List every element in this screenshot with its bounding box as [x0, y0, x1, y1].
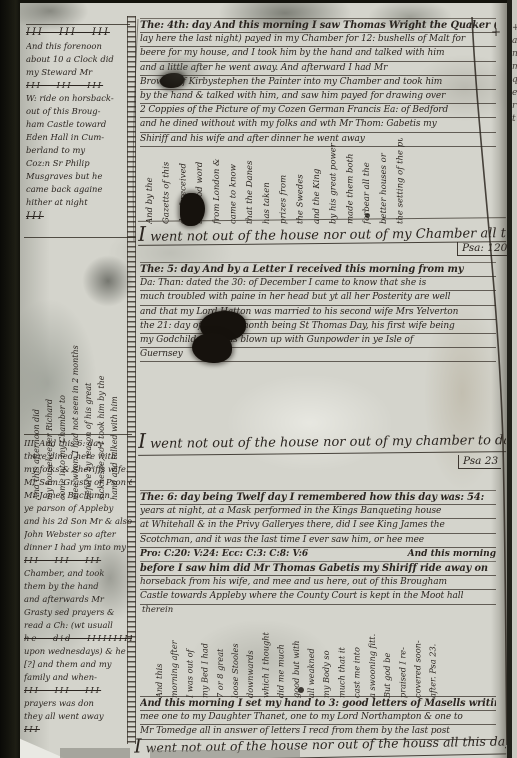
edge-text-fragment: r	[512, 100, 517, 113]
note-line: mee one to my Daughter Thanet, one to my…	[140, 711, 496, 725]
rotated-line: from London &	[209, 138, 226, 224]
entry-line: lay here the last night) payed in my Cha…	[140, 33, 496, 47]
rotated-line: praised I re-	[395, 610, 410, 698]
edge-text-fragment: a	[512, 35, 517, 48]
rotated-line: a swooning fitt.	[365, 610, 380, 698]
edge-text-fragment: n	[512, 48, 517, 61]
rotated-line: forbear all the	[359, 138, 376, 224]
margin-line: there dined here with	[24, 450, 132, 463]
scripture-refs: Pro: C:20: V:24: Ecc: C:3: C:8: V:6	[140, 548, 308, 561]
entry-line: horseback from his wife, and mee and us …	[140, 576, 496, 590]
entry-line: 2 Coppies of the Picture of my Cozen Ger…	[140, 104, 496, 118]
entry-line: years at night, at a Mask performed in t…	[140, 505, 496, 519]
margin-line: III. And this 6: day	[24, 437, 132, 450]
tally-marks: III	[24, 723, 132, 736]
next-page-edge: +anmqert	[512, 0, 517, 758]
rotated-line: and the King	[309, 138, 326, 224]
rotated-line: cast me into	[350, 610, 365, 698]
note-line: And this morning I set my hand to 3: goo…	[140, 697, 496, 711]
entry-line: much troubled with paine in her head but…	[140, 291, 496, 305]
scripture-reference-line: Pro: C:20: V:24: Ecc: C:3: C:8: V:6 And …	[140, 548, 496, 562]
tally-marks: III III III	[24, 684, 132, 697]
rotated-line: downwards	[243, 610, 258, 698]
margin-note-day4: III III III And this forenoonabout 10 a …	[26, 24, 130, 225]
entry-line: at Whitehall & in the Privy Galleryes th…	[140, 519, 496, 533]
rotated-line: which I thought	[258, 610, 273, 698]
rotated-line: morning after	[167, 610, 182, 698]
ruled-line	[24, 237, 136, 238]
rotated-line: the Swedes	[292, 138, 309, 224]
rotated-line: And by the	[142, 138, 159, 224]
ink-speck	[365, 213, 370, 218]
tally-marks: III III III	[26, 79, 130, 92]
stain	[80, 533, 140, 623]
margin-line: Musgraves but he	[26, 170, 130, 183]
entry-day6: The: 6: day being Twelf day I remembered…	[140, 490, 496, 605]
rotated-line: much that it	[334, 610, 349, 698]
edge-text-fragment: +	[512, 22, 517, 35]
rotated-note-stooles: And thismorning afterI was out ofmy Bed …	[152, 610, 442, 698]
rotated-line: after. Psa 23.	[426, 610, 441, 698]
margin-line: about 10 a Clock did	[26, 53, 130, 66]
entry-day6-lines-a: The: 6: day being Twelf day I remembered…	[140, 491, 496, 548]
margin-line: came back againe	[26, 183, 130, 196]
ink-speck	[298, 687, 304, 693]
margin-line: Eden Hall in Cum-	[26, 131, 130, 144]
entry-line: The: 5: day And by a Letter I received t…	[140, 263, 496, 277]
rotated-line: covered soon-	[410, 610, 425, 698]
rotated-line: my Bed I had	[198, 610, 213, 698]
margin-line: Mr James Buchanan	[24, 489, 132, 502]
rotated-line: good but with	[289, 610, 304, 698]
rotated-line: my Body so	[319, 610, 334, 698]
rotated-line: the setting of the publick	[393, 138, 410, 224]
entry-line: and that my Lord Hatton was married to h…	[140, 306, 496, 320]
entry-line: and he dined without with my folks and w…	[140, 118, 496, 132]
rotated-line: I was out of	[182, 610, 197, 698]
margin-note-day4-lines: And this forenoonabout 10 a Clock didmy …	[26, 40, 130, 209]
edge-text-fragment: q	[512, 74, 517, 87]
rotated-line: But god be	[380, 610, 395, 698]
tally-marks: he did IIIIIIIIII	[24, 632, 132, 645]
rotated-line: prizes from	[276, 138, 293, 224]
entry-line: the 21: day of the last month being St T…	[140, 320, 496, 334]
rotated-line: has taken	[259, 138, 276, 224]
entry-line: Castle towards Appleby where the County …	[140, 590, 496, 604]
margin-line: out of this Broug-	[26, 105, 130, 118]
margin-line: prayers was don	[24, 697, 132, 710]
rotated-line: by his great power	[326, 138, 343, 224]
margin-line: family and when-	[24, 671, 132, 684]
rotated-line: better houses or	[376, 138, 393, 224]
tally-marks: III	[26, 209, 130, 225]
entry-line: Scotchman, and it was the last time I ev…	[140, 534, 496, 548]
rotated-line: did me much	[274, 610, 289, 698]
psalm-citation-day4: Psa: 120	[457, 242, 510, 256]
manuscript-photo: III III III And this forenoonabout 10 a …	[0, 0, 517, 758]
margin-line: my Steward Mr	[26, 66, 130, 79]
edge-text-fragment: m	[512, 61, 517, 74]
entry-line: The: 4th: day And this morning I saw Tho…	[140, 19, 496, 33]
margin-line: ye parson of Appleby	[24, 502, 132, 515]
rotated-line: Gazetts of this	[159, 138, 176, 224]
rotated-line: loose Stooles	[228, 610, 243, 698]
edge-text-fragment: e	[512, 87, 517, 100]
diary-page: III III III And this forenoonabout 10 a …	[20, 3, 507, 758]
tally-marks: III III III	[26, 25, 130, 40]
psalm-citation-day5: Psa 23	[458, 455, 501, 469]
margin-line: hither at night	[26, 196, 130, 209]
summary-day5: I went not out of the house nor out of m…	[138, 425, 506, 456]
ink-blot	[192, 333, 232, 363]
margin-note-day6-dinner: III. And this 6: daythere dined here wit…	[24, 434, 132, 489]
margin-line: my folks & Sheriffs wife.	[24, 463, 132, 476]
entry-line: The: 6: day being Twelf day I remembered…	[140, 491, 496, 505]
cross-mark: +	[491, 25, 501, 39]
margin-line: ham Castle toward	[26, 118, 130, 131]
margin-line: And this forenoon	[26, 40, 130, 53]
bottom-edge-artifact	[150, 750, 300, 758]
rotated-line: And this	[152, 610, 167, 698]
margin-line: W: ride on horsback-	[26, 92, 130, 105]
margin-line: Mr Sam: Grasty or Pson &	[24, 476, 132, 489]
entry-line: Da: Than: dated the 30: of December I ca…	[140, 277, 496, 291]
margin-line: and his 2d Son Mr & also	[24, 515, 132, 528]
rotated-line: came to know	[226, 138, 243, 224]
rotated-line: made them both	[342, 138, 359, 224]
margin-line: upon wednesdays) & he	[24, 645, 132, 658]
rotated-line: 7 or 8 great	[213, 610, 228, 698]
scripture-line-right: And this morning	[408, 548, 496, 561]
entry-line: before I saw him did Mr Thomas Gabetis m…	[140, 562, 496, 576]
stain	[82, 255, 134, 307]
edge-text-fragment: t	[512, 113, 517, 126]
bottom-edge-artifact	[60, 748, 130, 758]
stain	[146, 51, 212, 95]
margin-line: [?] and them and my	[24, 658, 132, 671]
rotated-line: all weakned	[304, 610, 319, 698]
margin-line: they all went away	[24, 710, 132, 723]
rotated-line: that the Danes	[242, 138, 259, 224]
margin-line: berland to my	[26, 144, 130, 157]
entry-day6-lines-b: before I saw him did Mr Thomas Gabetis m…	[140, 562, 496, 605]
margin-line: Coz:n Sr Philip	[26, 157, 130, 170]
